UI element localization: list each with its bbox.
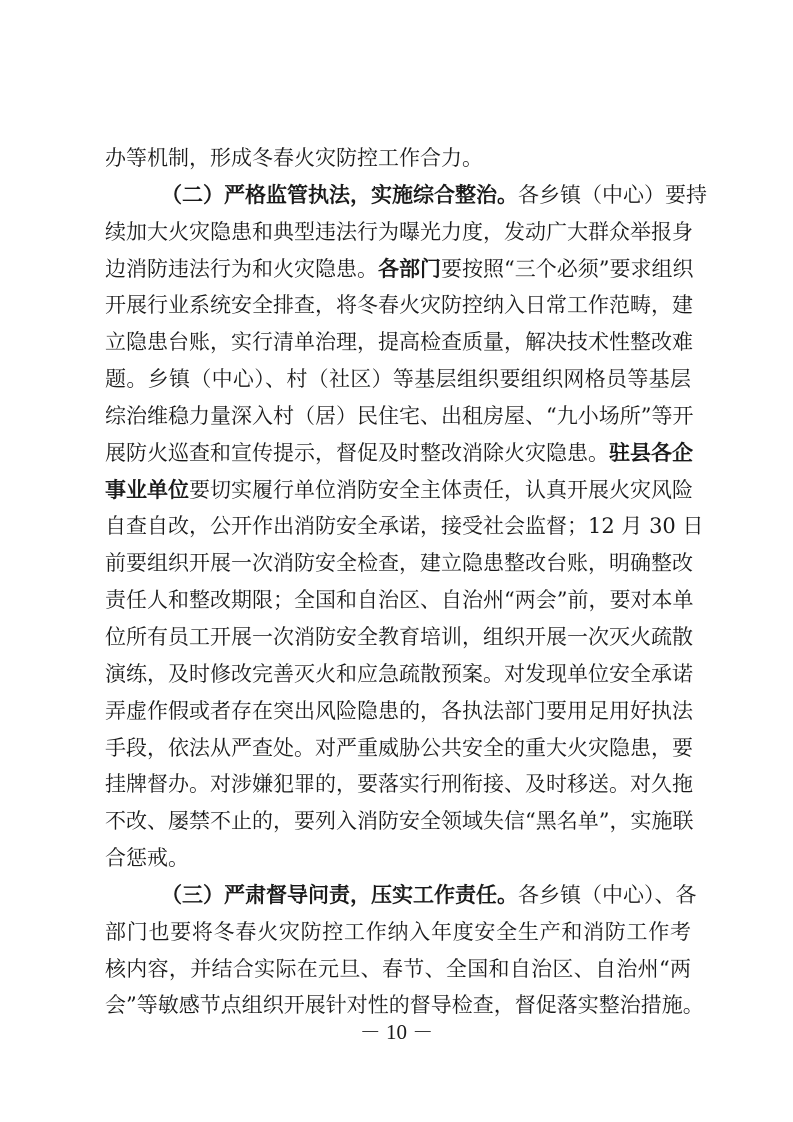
text-line: （二）严格监管执法，实施综合整治。各乡镇（中心）要持 bbox=[105, 177, 691, 214]
text-line: 前要组织开展一次消防安全检查，建立隐患整改台账，明确整改 bbox=[105, 545, 691, 582]
text-line: 题。乡镇（中心）、村（社区）等基层组织要组织网格员等基层 bbox=[105, 361, 691, 398]
body-text-run: 弄虚作假或者存在突出风险隐患的，各执法部门要用足用好执法 bbox=[105, 699, 693, 723]
body-text-run: 展防火巡查和宣传提示，督促及时整改消除火灾隐患。 bbox=[105, 441, 609, 465]
body-text-run: 要切实履行单位消防安全主体责任，认真开展火灾风险 bbox=[189, 478, 693, 502]
bold-heading-text: （三）严肃督导问责，压实工作责任。 bbox=[161, 883, 518, 907]
text-line: 合惩戒。 bbox=[105, 840, 691, 877]
text-line: 挂牌督办。对涉嫌犯罪的，要落实行刑衔接、及时移送。对久拖 bbox=[105, 766, 691, 803]
text-line: 边消防违法行为和火灾隐患。各部门要按照“三个必须”要求组织 bbox=[105, 251, 691, 288]
body-text-run: 题。乡镇（中心）、村（社区）等基层组织要组织网格员等基层 bbox=[105, 367, 691, 391]
body-text-run: 部门也要将冬春火灾防控工作纳入年度安全生产和消防工作考 bbox=[105, 920, 691, 944]
body-text-run: 开展行业系统安全排查，将冬春火灾防控纳入日常工作范畴，建 bbox=[105, 293, 693, 317]
text-line: 责任人和整改期限；全国和自治区、自治州“两会”前，要对本单 bbox=[105, 582, 691, 619]
body-text-run: 各乡镇（中心）要持 bbox=[518, 183, 707, 207]
body-text-run: 立隐患台账，实行清单治理，提高检查质量，解决技术性整改难 bbox=[105, 330, 693, 354]
body-text-run: 综治维稳力量深入村（居）民住宅、出租房屋、“九小场所”等开 bbox=[105, 404, 693, 428]
body-text-run: 位所有员工开展一次消防安全教育培训，组织开展一次灭火疏散 bbox=[105, 625, 693, 649]
bold-heading-text: 驻县各企 bbox=[609, 441, 693, 465]
text-line: 弄虚作假或者存在突出风险隐患的，各执法部门要用足用好执法 bbox=[105, 693, 691, 730]
text-line: 办等机制，形成冬春火灾防控工作合力。 bbox=[105, 140, 691, 177]
page-number: － 10 － bbox=[0, 1016, 793, 1046]
text-line: 事业单位要切实履行单位消防安全主体责任，认真开展火灾风险 bbox=[105, 472, 691, 509]
text-line: 不改、屡禁不止的，要列入消防安全领域失信“黑名单”，实施联 bbox=[105, 803, 691, 840]
body-text-run: 自查自改，公开作出消防安全承诺，接受社会监督；12 月 30 日 bbox=[105, 514, 703, 538]
body-text-run: 会”等敏感节点组织开展针对性的督导检查，督促落实整治措施。 bbox=[105, 993, 704, 1017]
body-text-run: 手段，依法从严查处。对严重威胁公共安全的重大火灾隐患，要 bbox=[105, 736, 693, 760]
body-text-run: 前要组织开展一次消防安全检查，建立隐患整改台账，明确整改 bbox=[105, 551, 693, 575]
body-text-run: 不改、屡禁不止的，要列入消防安全领域失信“黑名单”，实施联 bbox=[105, 809, 693, 833]
text-line: 演练，及时修改完善灭火和应急疏散预案。对发现单位安全承诺 bbox=[105, 656, 691, 693]
body-text-run: 演练，及时修改完善灭火和应急疏散预案。对发现单位安全承诺 bbox=[105, 662, 693, 686]
body-text-run: 续加大火灾隐患和典型违法行为曝光力度，发动广大群众举报身 bbox=[105, 220, 693, 244]
body-text-run: 挂牌督办。对涉嫌犯罪的，要落实行刑衔接、及时移送。对久拖 bbox=[105, 772, 693, 796]
text-line: 综治维稳力量深入村（居）民住宅、出租房屋、“九小场所”等开 bbox=[105, 398, 691, 435]
bold-heading-text: 各部门 bbox=[378, 257, 441, 281]
text-line: 开展行业系统安全排查，将冬春火灾防控纳入日常工作范畴，建 bbox=[105, 287, 691, 324]
body-text-run: 责任人和整改期限；全国和自治区、自治州“两会”前，要对本单 bbox=[105, 588, 693, 612]
text-line: 核内容，并结合实际在元旦、春节、全国和自治区、自治州“两 bbox=[105, 951, 691, 988]
text-line: 部门也要将冬春火灾防控工作纳入年度安全生产和消防工作考 bbox=[105, 914, 691, 951]
text-line: 展防火巡查和宣传提示，督促及时整改消除火灾隐患。驻县各企 bbox=[105, 435, 691, 472]
body-text-run: 核内容，并结合实际在元旦、春节、全国和自治区、自治州“两 bbox=[105, 957, 691, 981]
document-page: 办等机制，形成冬春火灾防控工作合力。（二）严格监管执法，实施综合整治。各乡镇（中… bbox=[0, 0, 793, 1122]
text-line: 手段，依法从严查处。对严重威胁公共安全的重大火灾隐患，要 bbox=[105, 730, 691, 767]
text-line: 续加大火灾隐患和典型违法行为曝光力度，发动广大群众举报身 bbox=[105, 214, 691, 251]
text-line: 立隐患台账，实行清单治理，提高检查质量，解决技术性整改难 bbox=[105, 324, 691, 361]
body-text-run: 办等机制，形成冬春火灾防控工作合力。 bbox=[105, 146, 483, 170]
body-text: 办等机制，形成冬春火灾防控工作合力。（二）严格监管执法，实施综合整治。各乡镇（中… bbox=[105, 140, 691, 1024]
body-text-run: 各乡镇（中心）、各 bbox=[518, 883, 697, 907]
body-text-run: 要按照“三个必须”要求组织 bbox=[441, 257, 693, 281]
bold-heading-text: （二）严格监管执法，实施综合整治。 bbox=[161, 183, 518, 207]
text-line: 自查自改，公开作出消防安全承诺，接受社会监督；12 月 30 日 bbox=[105, 508, 691, 545]
body-text-run: 合惩戒。 bbox=[105, 846, 189, 870]
bold-heading-text: 事业单位 bbox=[105, 478, 189, 502]
text-line: 位所有员工开展一次消防安全教育培训，组织开展一次灭火疏散 bbox=[105, 619, 691, 656]
text-line: （三）严肃督导问责，压实工作责任。各乡镇（中心）、各 bbox=[105, 877, 691, 914]
body-text-run: 边消防违法行为和火灾隐患。 bbox=[105, 257, 378, 281]
